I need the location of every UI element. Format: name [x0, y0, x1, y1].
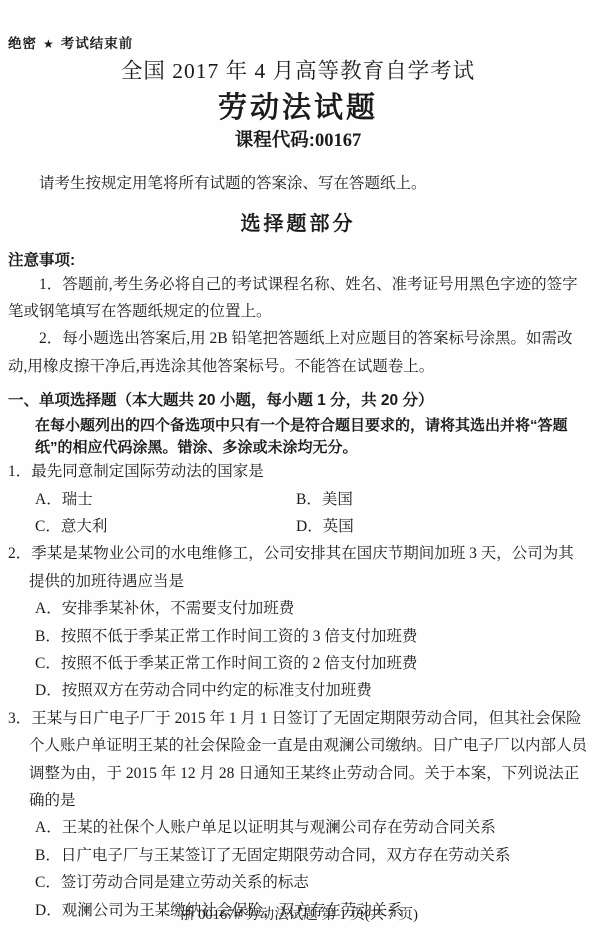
page-footer: 浙 00167# 劳动法试题 第 1 页(共 7 页) — [0, 906, 598, 924]
question-1: 1．最先同意制定国际劳动法的国家是 — [8, 458, 588, 485]
star-icon: ★ — [43, 37, 55, 51]
timing-note: 考试结束前 — [61, 36, 134, 51]
question-3: 3．王某与日广电子厂于 2015 年 1 月 1 日签订了无固定期限劳动合同，但… — [8, 705, 588, 815]
part-one-heading: 一、单项选择题（本大题共 20 小题，每小题 1 分，共 20 分） — [8, 391, 588, 411]
notes-heading: 注意事项: — [8, 251, 588, 271]
questions-area: 1．最先同意制定国际劳动法的国家是 A．瑞士 B．美国 C．意大利 D．英国 2… — [8, 458, 588, 924]
question-2-option-a: A．安排季某补休，不需要支付加班费 — [35, 595, 588, 622]
note-1: 1．答题前,考生务必将自己的考试课程名称、姓名、准考证号用黑色字迹的签字笔或钢笔… — [8, 271, 588, 326]
exam-paper-page: 绝密★考试结束前 全国 2017 年 4 月高等教育自学考试 劳动法试题 课程代… — [0, 0, 598, 940]
question-3-option-c: C．签订劳动合同是建立劳动关系的标志 — [35, 869, 588, 896]
question-2-number: 2． — [8, 545, 31, 562]
classification-label: 绝密 — [8, 36, 37, 51]
classification-line: 绝密★考试结束前 — [8, 36, 588, 52]
answer-sheet-instruction: 请考生按规定用笔将所有试题的答案涂、写在答题纸上。 — [8, 173, 588, 195]
question-3-option-b: B．日广电子厂与王某签订了无固定期限劳动合同，双方存在劳动关系 — [35, 842, 588, 869]
question-2-option-c: C．按照不低于季某正常工作时间工资的 2 倍支付加班费 — [35, 650, 588, 677]
question-1-option-a: A．瑞士 — [35, 486, 296, 513]
section-title: 选择题部分 — [8, 211, 588, 237]
question-1-options: A．瑞士 B．美国 C．意大利 D．英国 — [35, 486, 588, 541]
question-3-stem: 王某与日广电子厂于 2015 年 1 月 1 日签订了无固定期限劳动合同，但其社… — [29, 710, 587, 809]
question-1-option-b: B．美国 — [296, 486, 588, 513]
exam-session-title: 全国 2017 年 4 月高等教育自学考试 — [8, 57, 588, 85]
paper-title: 劳动法试题 — [8, 90, 588, 126]
note-2: 2．每小题选出答案后,用 2B 铅笔把答题纸上对应题目的答案标号涂黑。如需改动,… — [8, 325, 588, 380]
question-2-stem: 季某是某物业公司的水电维修工，公司安排其在国庆节期间加班 3 天，公司为其提供的… — [29, 545, 574, 589]
question-2-options: A．安排季某补休，不需要支付加班费 B．按照不低于季某正常工作时间工资的 3 倍… — [8, 595, 588, 705]
exam-notes: 1．答题前,考生务必将自己的考试课程名称、姓名、准考证号用黑色字迹的签字笔或钢笔… — [8, 271, 588, 381]
question-1-option-d: D．英国 — [296, 513, 588, 540]
part-one-note: 在每小题列出的四个备选项中只有一个是符合题目要求的，请将其选出并将“答题纸”的相… — [35, 415, 584, 458]
question-2-option-b: B．按照不低于季某正常工作时间工资的 3 倍支付加班费 — [35, 623, 588, 650]
question-1-number: 1． — [8, 463, 31, 480]
question-2: 2．季某是某物业公司的水电维修工，公司安排其在国庆节期间加班 3 天，公司为其提… — [8, 540, 588, 595]
course-code-value: 00167 — [315, 131, 361, 151]
question-1-option-c: C．意大利 — [35, 513, 296, 540]
course-code-label: 课程代码: — [235, 129, 315, 150]
course-code-line: 课程代码:00167 — [8, 128, 588, 153]
question-3-option-a: A．王某的社保个人账户单足以证明其与观澜公司存在劳动合同关系 — [35, 814, 588, 841]
question-3-number: 3． — [8, 710, 31, 727]
question-1-stem: 最先同意制定国际劳动法的国家是 — [31, 463, 264, 480]
question-2-option-d: D．按照双方在劳动合同中约定的标准支付加班费 — [35, 677, 588, 704]
